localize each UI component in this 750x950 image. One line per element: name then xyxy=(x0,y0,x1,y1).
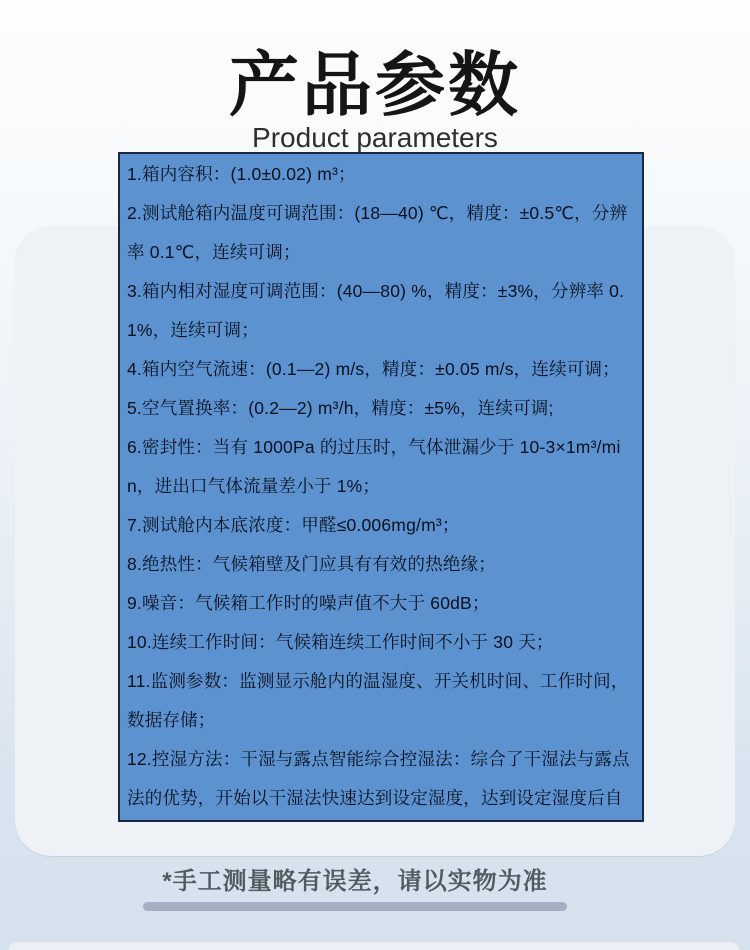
spec-panel: 1.箱内容积：(1.0±0.02) m³； 2.测试舱箱内温度可调范围：(18—… xyxy=(118,152,644,822)
measurement-disclaimer: *手工测量略有误差，请以实物为准 xyxy=(162,868,547,897)
spec-item-11: 11.监测参数：监测显示舱内的温湿度、开关机时间、工作时间，数据存储； xyxy=(127,662,636,740)
spec-item-10: 10.连续工作时间：气候箱连续工作时间不小于 30 天； xyxy=(127,623,636,662)
spec-item-4: 4.箱内空气流速：(0.1—2) m/s，精度：±0.05 m/s，连续可调； xyxy=(127,350,636,389)
page-subtitle: Product parameters xyxy=(0,124,750,152)
spec-item-12: 12.控湿方法：干湿与露点智能综合控湿法：综合了干湿法与露点法的优势，开始以干湿… xyxy=(127,740,636,822)
header: 产品参数 Product parameters xyxy=(0,50,750,152)
spec-item-7: 7.测试舱内本底浓度：甲醛≤0.006mg/m³； xyxy=(127,506,636,545)
spec-item-3: 3.箱内相对湿度可调范围：(40—80) %，精度：±3%，分辨率 0.1%，连… xyxy=(127,272,636,350)
spec-item-5: 5.空气置换率：(0.2—2) m³/h，精度：±5%，连续可调; xyxy=(127,389,636,428)
spec-item-2: 2.测试舱箱内温度可调范围：(18—40) ℃，精度：±0.5℃，分辨率 0.1… xyxy=(127,194,636,272)
footer: *手工测量略有误差，请以实物为准 xyxy=(0,868,710,911)
next-section-peek xyxy=(8,942,740,950)
underline-bar xyxy=(143,902,567,911)
page-title: 产品参数 xyxy=(0,50,750,120)
spec-item-9: 9.噪音：气候箱工作时的噪声值不大于 60dB； xyxy=(127,584,636,623)
spec-item-1: 1.箱内容积：(1.0±0.02) m³； xyxy=(127,155,636,194)
spec-item-6: 6.密封性：当有 1000Pa 的过压时，气体泄漏少于 10-3×1m³/min… xyxy=(127,428,636,506)
spec-item-8: 8.绝热性：气候箱壁及门应具有有效的热绝缘； xyxy=(127,545,636,584)
